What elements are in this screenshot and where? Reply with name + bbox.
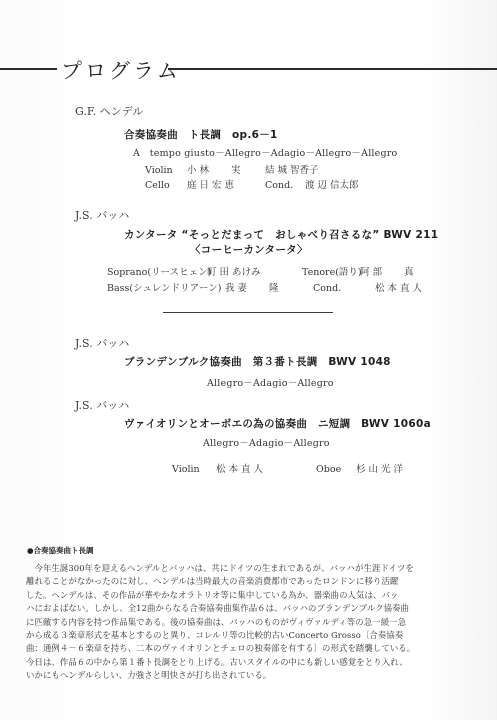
performer-role-2: Cond. (313, 283, 375, 294)
performer-role-2: Oboe (316, 464, 356, 475)
performer-name-2: 杉 山 光 洋 (356, 461, 403, 475)
notes-line: 曲：通例４－６楽章を持ち、二本のヴァイオリンとチェロの独奏部を有する〕の形式を踏… (26, 642, 472, 655)
performer-row: Cello庭 日 宏 恵Cond.渡 辺 信太郎 (145, 177, 359, 191)
performer-name: 小 林 実 (187, 162, 265, 176)
notes-heading: ●合奏協奏曲ト長調 (27, 545, 94, 556)
intermission-divider (163, 312, 333, 313)
movements-brandenburg: Allegro－Adagio－Allegro (207, 375, 334, 389)
work-title-coffee-cantata: カンタータ “そっとだまって おしゃべり召さるな” BWV 211 (124, 227, 438, 242)
program-notes: 今年生誕300年を迎えるヘンデルとバッハは、共にドイツの生まれであるが、バッハが… (26, 562, 472, 683)
notes-line: に匹敵する内容を持つ作品集である。後の協奏曲は、バッハのものがヴィヴァルディ等の… (26, 616, 472, 629)
performer-row: Violin小 林 実結 城 智香子 (145, 162, 319, 176)
composer-bach: J.S. バッハ (75, 335, 129, 351)
work-title-concerto-grosso: 合奏協奏曲 ト長調 op.6－1 (124, 127, 278, 142)
performer-role: Violin (172, 464, 216, 475)
performer-name-2: 阿 部 真 (360, 264, 414, 278)
notes-line: から成る３楽章形式を基本とするのと異り、コレルリ等の比較的古いConcerto … (26, 629, 472, 642)
performer-row: Bass(シュレンドリアーン)我 妻 隆Cond.松 本 直 人 (107, 280, 422, 294)
notes-line: した。ヘンデルは、その作品が華やかなオラトリオ等に集中している為か、器楽曲の人気… (26, 589, 472, 602)
work-subtitle-coffee-cantata: 〈コーヒーカンタータ〉 (190, 242, 308, 257)
work-title-brandenburg: ブランデンブルク協奏曲 第３番ト長調 BWV 1048 (124, 354, 391, 369)
performer-role: Bass(シュレンドリアーン) (107, 280, 225, 294)
performer-name: 松 本 直 人 (216, 461, 316, 475)
notes-line: ハにおよばない。しかし、全12曲からなる合奏協奏曲集作品６は、バッハのブランデン… (26, 602, 472, 615)
composer-bach: J.S. バッハ (75, 397, 129, 413)
work-title-violin-oboe-concerto: ヴァイオリンとオーボエの為の協奏曲 ニ短調 BWV 1060a (124, 416, 431, 431)
performer-name: 我 妻 隆 (225, 280, 313, 294)
performer-role-2: Cond. (265, 180, 305, 191)
notes-line: 離れることがなかったのに対し、ヘンデルは当時最大の音楽消費都市であったロンドンに… (26, 575, 472, 588)
notes-line: いかにもヘンデルらしい、力強さと明快さが打ち出されている。 (26, 669, 472, 682)
movements-violin-oboe-concerto: Allegro－Adagio－Allegro (203, 435, 330, 449)
performer-name: 庭 日 宏 恵 (187, 177, 265, 191)
notes-line: 今日は、作品６の中から第１番ト長調をとり上げる。古いスタイルの中にも新しい感覚を… (26, 656, 472, 669)
composer-bach: J.S. バッハ (75, 207, 129, 223)
performer-role-2: Tenore(語り) (302, 264, 360, 278)
performer-role: Soprano(リースヒェン) (107, 264, 207, 278)
header-rule-left (0, 68, 57, 70)
performer-role: Cello (145, 180, 187, 191)
performer-name: 町 田 あけみ (207, 264, 302, 278)
header-rule-right (168, 68, 497, 70)
composer-handel: G.F. ヘンデル (75, 103, 143, 119)
performer-row: Soprano(リースヒェン)町 田 あけみTenore(語り)阿 部 真 (107, 264, 414, 278)
performer-name-2: 松 本 直 人 (375, 280, 422, 294)
page-title: プログラム (61, 55, 181, 85)
notes-line: 今年生誕300年を迎えるヘンデルとバッハは、共にドイツの生まれであるが、バッハが… (26, 562, 472, 575)
performer-row: Violin松 本 直 人Oboe杉 山 光 洋 (172, 461, 403, 475)
performer-role: Violin (145, 165, 187, 176)
performer-name-2: 渡 辺 信太郎 (305, 177, 359, 191)
performer-name-2: 結 城 智香子 (265, 162, 319, 176)
movements-concerto-grosso: A tempo giusto－Allegro－Adagio－Allegro－Al… (133, 145, 397, 159)
